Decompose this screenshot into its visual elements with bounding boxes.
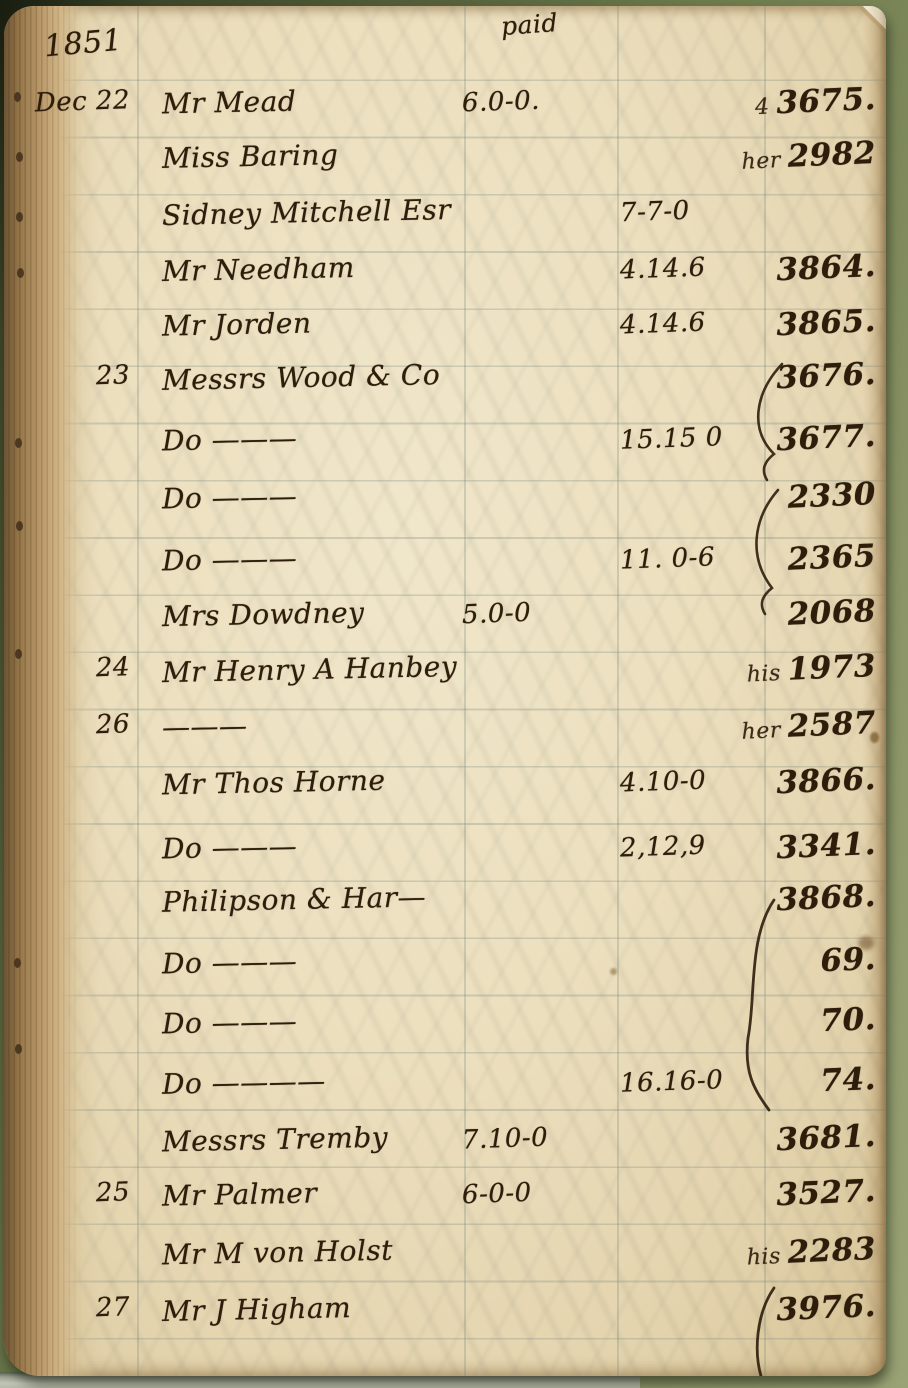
entry-date: [22, 481, 130, 485]
entry-reference: 2068: [595, 594, 876, 640]
entry-number: 3864.: [776, 248, 877, 288]
entry-name: Mr J Higham: [162, 1293, 352, 1328]
scan-background: 1851 paid Dec 22 Mr Mead 6.0-0. 43675. M…: [0, 0, 908, 1388]
ledger-row: Mr Jorden 4.14.6 3865.: [4, 310, 886, 366]
entry-name: Do ———: [162, 544, 298, 578]
entry-prefix: [813, 1013, 814, 1038]
entry-date: [22, 946, 130, 950]
entry-name: Messrs Wood & Co: [162, 360, 441, 397]
entry-date: Dec 22: [22, 86, 131, 118]
entry-number: 3675.: [776, 81, 877, 121]
entry-paid-amount: 6.0-0.: [462, 87, 541, 118]
entry-date: [22, 1066, 130, 1070]
ledger-row: Do ——— 2330: [4, 483, 886, 539]
entry-date: [22, 543, 130, 547]
entry-number: 2365: [787, 538, 877, 578]
ledger-row: Miss Baring her2982: [4, 142, 886, 198]
entry-prefix: 4: [755, 95, 771, 121]
entry-name: Do ————: [162, 1066, 326, 1100]
entry-name: Philipson & Har—: [162, 882, 427, 918]
entry-date: [22, 831, 130, 835]
entry-date: 26: [22, 710, 131, 742]
entry-number: 3866.: [776, 761, 877, 801]
entry-number: 3681.: [776, 1118, 877, 1158]
entry-prefix: [780, 489, 781, 514]
entry-prefix: [769, 432, 770, 457]
ledger-row: Mr M von Holst his2283: [4, 1238, 886, 1294]
entry-name: ———: [162, 711, 248, 744]
entry-prefix: [780, 606, 781, 631]
entry-prefix: [769, 262, 770, 287]
ledger-row: 25 Mr Palmer 6-0-0 3527.: [4, 1180, 886, 1236]
ledger-row: 26 ——— her2587: [4, 712, 886, 768]
entry-date: [22, 1006, 130, 1010]
entry-prefix: her: [741, 148, 781, 175]
entry-name: Messrs Tremby: [162, 1123, 389, 1159]
entry-prefix: [769, 1302, 770, 1327]
entry-prefix: [769, 840, 770, 865]
entry-reference: her2587: [595, 706, 876, 752]
entry-reference: 3527.: [595, 1174, 876, 1220]
entry-number: 2330: [787, 476, 877, 516]
entry-number: 69.: [820, 941, 877, 979]
entry-reference: 70.: [595, 1002, 876, 1048]
ledger-row: 27 Mr J Higham 3976.: [4, 1295, 886, 1351]
entry-number: 2283: [787, 1231, 877, 1271]
entry-name: Mr Thos Horne: [162, 766, 386, 801]
entry-date: 25: [22, 1178, 131, 1210]
entry-prefix: [769, 1132, 770, 1157]
entry-name: Mr M von Holst: [162, 1236, 394, 1272]
ledger-row: Do ——— 2,12,9 3341.: [4, 833, 886, 889]
entry-reference: 3868.: [595, 879, 876, 925]
ledger-row: Do ——— 15.15 0 3677.: [4, 425, 886, 481]
ledger-row: Mr Thos Horne 4.10-0 3866.: [4, 768, 886, 824]
entry-number: 2587: [787, 705, 877, 745]
entry-prefix: his: [746, 1244, 781, 1270]
entry-name: Mr Mead: [162, 87, 297, 121]
entry-reference: 3676.: [595, 357, 876, 403]
entry-name: Do ———: [162, 947, 298, 981]
entry-number: 70.: [820, 1001, 877, 1039]
entry-paid-amount: 7.10-0: [462, 1124, 549, 1156]
ledger-row: Mrs Dowdney 5.0-0 2068: [4, 600, 886, 656]
entry-prefix: [780, 551, 781, 576]
entry-reference: his2283: [595, 1232, 876, 1278]
entry-name: Do ———: [162, 1007, 298, 1041]
ledger-row: Messrs Tremby 7.10-0 3681.: [4, 1125, 886, 1181]
entry-number: 1973: [787, 648, 877, 688]
entry-number: 3341.: [776, 826, 877, 866]
entry-number: 3976.: [776, 1288, 877, 1328]
ledger-page: 1851 paid Dec 22 Mr Mead 6.0-0. 43675. M…: [4, 6, 886, 1376]
entry-name: Mrs Dowdney: [162, 598, 365, 633]
entry-name: Mr Needham: [162, 253, 355, 288]
entry-prefix: [769, 317, 770, 342]
entry-reference: 2330: [595, 477, 876, 523]
entry-paid-amount: 5.0-0: [462, 599, 532, 630]
ledger-row: Dec 22 Mr Mead 6.0-0. 43675.: [4, 88, 886, 144]
entry-paid-amount: 6-0-0: [462, 1179, 533, 1210]
year-heading: 1851: [43, 23, 124, 65]
entry-date: [22, 423, 130, 427]
entry-prefix: [769, 1187, 770, 1212]
entry-prefix: [813, 1073, 814, 1098]
entry-number: 3868.: [776, 878, 877, 918]
entry-reference: 69.: [595, 942, 876, 988]
entry-prefix: his: [746, 661, 781, 687]
entry-number: 3676.: [776, 356, 877, 396]
ledger-row: Do ——— 70.: [4, 1008, 886, 1064]
ledger-row: Sidney Mitchell Esr 7-7-0: [4, 198, 886, 254]
entry-name: Do ———: [162, 832, 298, 866]
ledger-row: 24 Mr Henry A Hanbey his1973: [4, 655, 886, 711]
entry-prefix: [769, 775, 770, 800]
entry-number: 2982: [787, 135, 877, 175]
entry-number: 2068: [787, 593, 877, 633]
entry-reference: 3976.: [595, 1289, 876, 1335]
entry-name: Miss Baring: [162, 140, 339, 174]
entry-prefix: [813, 953, 814, 978]
entry-name: Mr Palmer: [162, 1178, 318, 1212]
entry-prefix: [769, 370, 770, 395]
ledger-row: Philipson & Har— 3868.: [4, 885, 886, 941]
entry-number: 3677.: [776, 418, 877, 458]
paid-column-heading: paid: [500, 8, 559, 41]
ledger-row: Do ———— 16.16-0 74.: [4, 1068, 886, 1124]
ledger-row: Do ——— 11. 0-6 2365: [4, 545, 886, 601]
entry-name: Do ———: [162, 482, 298, 516]
entry-reference: 43675.: [595, 82, 876, 128]
entry-name: Do ———: [162, 424, 298, 458]
ledger-row: 23 Messrs Wood & Co 3676.: [4, 363, 886, 419]
entry-date: 27: [22, 1293, 131, 1325]
entry-reference: his1973: [595, 649, 876, 695]
entry-date: 24: [22, 653, 131, 685]
entry-name: Mr Henry A Hanbey: [162, 652, 458, 689]
ledger-row: Mr Needham 4.14.6 3864.: [4, 255, 886, 311]
page-corner-fold: [800, 6, 886, 92]
ledger-row: Do ——— 69.: [4, 948, 886, 1004]
entry-prefix: her: [741, 718, 781, 745]
entry-name: Mr Jorden: [162, 308, 312, 342]
entry-reference: her2982: [595, 136, 876, 182]
entry-number: 3527.: [776, 1173, 877, 1213]
entry-name: Sidney Mitchell Esr: [162, 195, 452, 232]
entry-reference: 3681.: [595, 1119, 876, 1165]
entry-number: 3865.: [776, 303, 877, 343]
entry-date: [22, 1236, 130, 1240]
entry-date: 23: [22, 361, 131, 393]
entry-prefix: [868, 200, 869, 225]
entry-number: 74.: [820, 1061, 877, 1099]
entry-prefix: [769, 892, 770, 917]
